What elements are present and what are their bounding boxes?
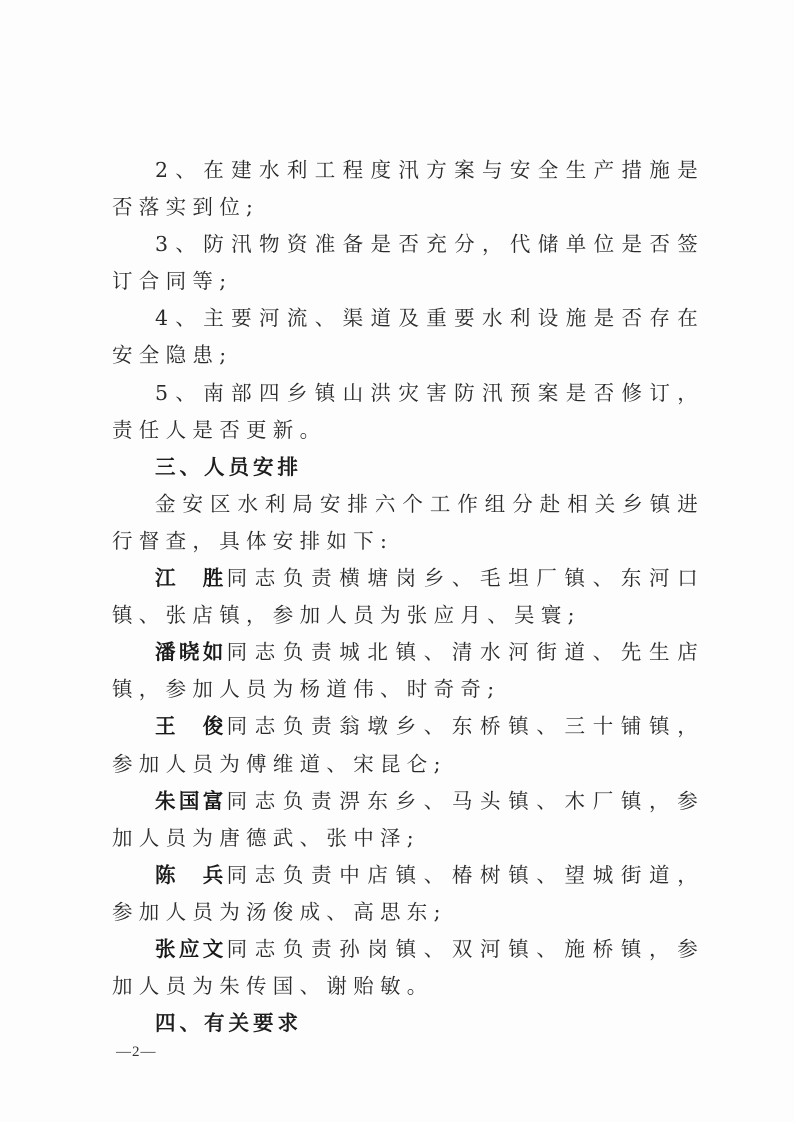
group-assignment-4: 朱国富同志负责淠东乡、马头镇、木厂镇，参加人员为唐德武、张中泽; — [112, 783, 704, 857]
group-leader: 王 俊 — [155, 714, 227, 738]
group-assignment-1: 江 胜同志负责横塘岗乡、毛坦厂镇、东河口镇、张店镇，参加人员为张应月、吴寰; — [112, 560, 704, 634]
checklist-item-3: 3、防汛物资准备是否充分，代储单位是否签订合同等; — [112, 226, 704, 300]
group-assignment-5: 陈 兵同志负责中店镇、椿树镇、望城街道，参加人员为汤俊成、高思东; — [112, 857, 704, 931]
checklist-item-4: 4、主要河流、渠道及重要水利设施是否存在安全隐患; — [112, 300, 704, 374]
group-assignment-6: 张应文同志负责孙岗镇、双河镇、施桥镇，参加人员为朱传国、谢贻敏。 — [112, 931, 704, 1005]
section-heading-personnel: 三、人员安排 — [112, 449, 704, 486]
group-leader: 陈 兵 — [155, 863, 227, 887]
group-leader: 张应文 — [155, 937, 227, 961]
group-assignment-3: 王 俊同志负责翁墩乡、东桥镇、三十铺镇，参加人员为傅维道、宋昆仑; — [112, 708, 704, 782]
document-page: 2、在建水利工程度汛方案与安全生产措施是否落实到位; 3、防汛物资准备是否充分，… — [0, 0, 794, 1122]
section-heading-requirements: 四、有关要求 — [112, 1005, 704, 1042]
group-assignment-2: 潘晓如同志负责城北镇、清水河街道、先生店镇，参加人员为杨道伟、时奇奇; — [112, 634, 704, 708]
group-leader: 潘晓如 — [155, 640, 227, 664]
group-leader: 江 胜 — [155, 566, 227, 590]
checklist-item-5: 5、南部四乡镇山洪灾害防汛预案是否修订，责任人是否更新。 — [112, 375, 704, 449]
checklist-item-2: 2、在建水利工程度汛方案与安全生产措施是否落实到位; — [112, 152, 704, 226]
personnel-intro: 金安区水利局安排六个工作组分赴相关乡镇进行督查，具体安排如下: — [112, 486, 704, 560]
page-number: —2— — [116, 1044, 157, 1061]
group-leader: 朱国富 — [155, 789, 227, 813]
document-body: 2、在建水利工程度汛方案与安全生产措施是否落实到位; 3、防汛物资准备是否充分，… — [112, 152, 704, 1042]
